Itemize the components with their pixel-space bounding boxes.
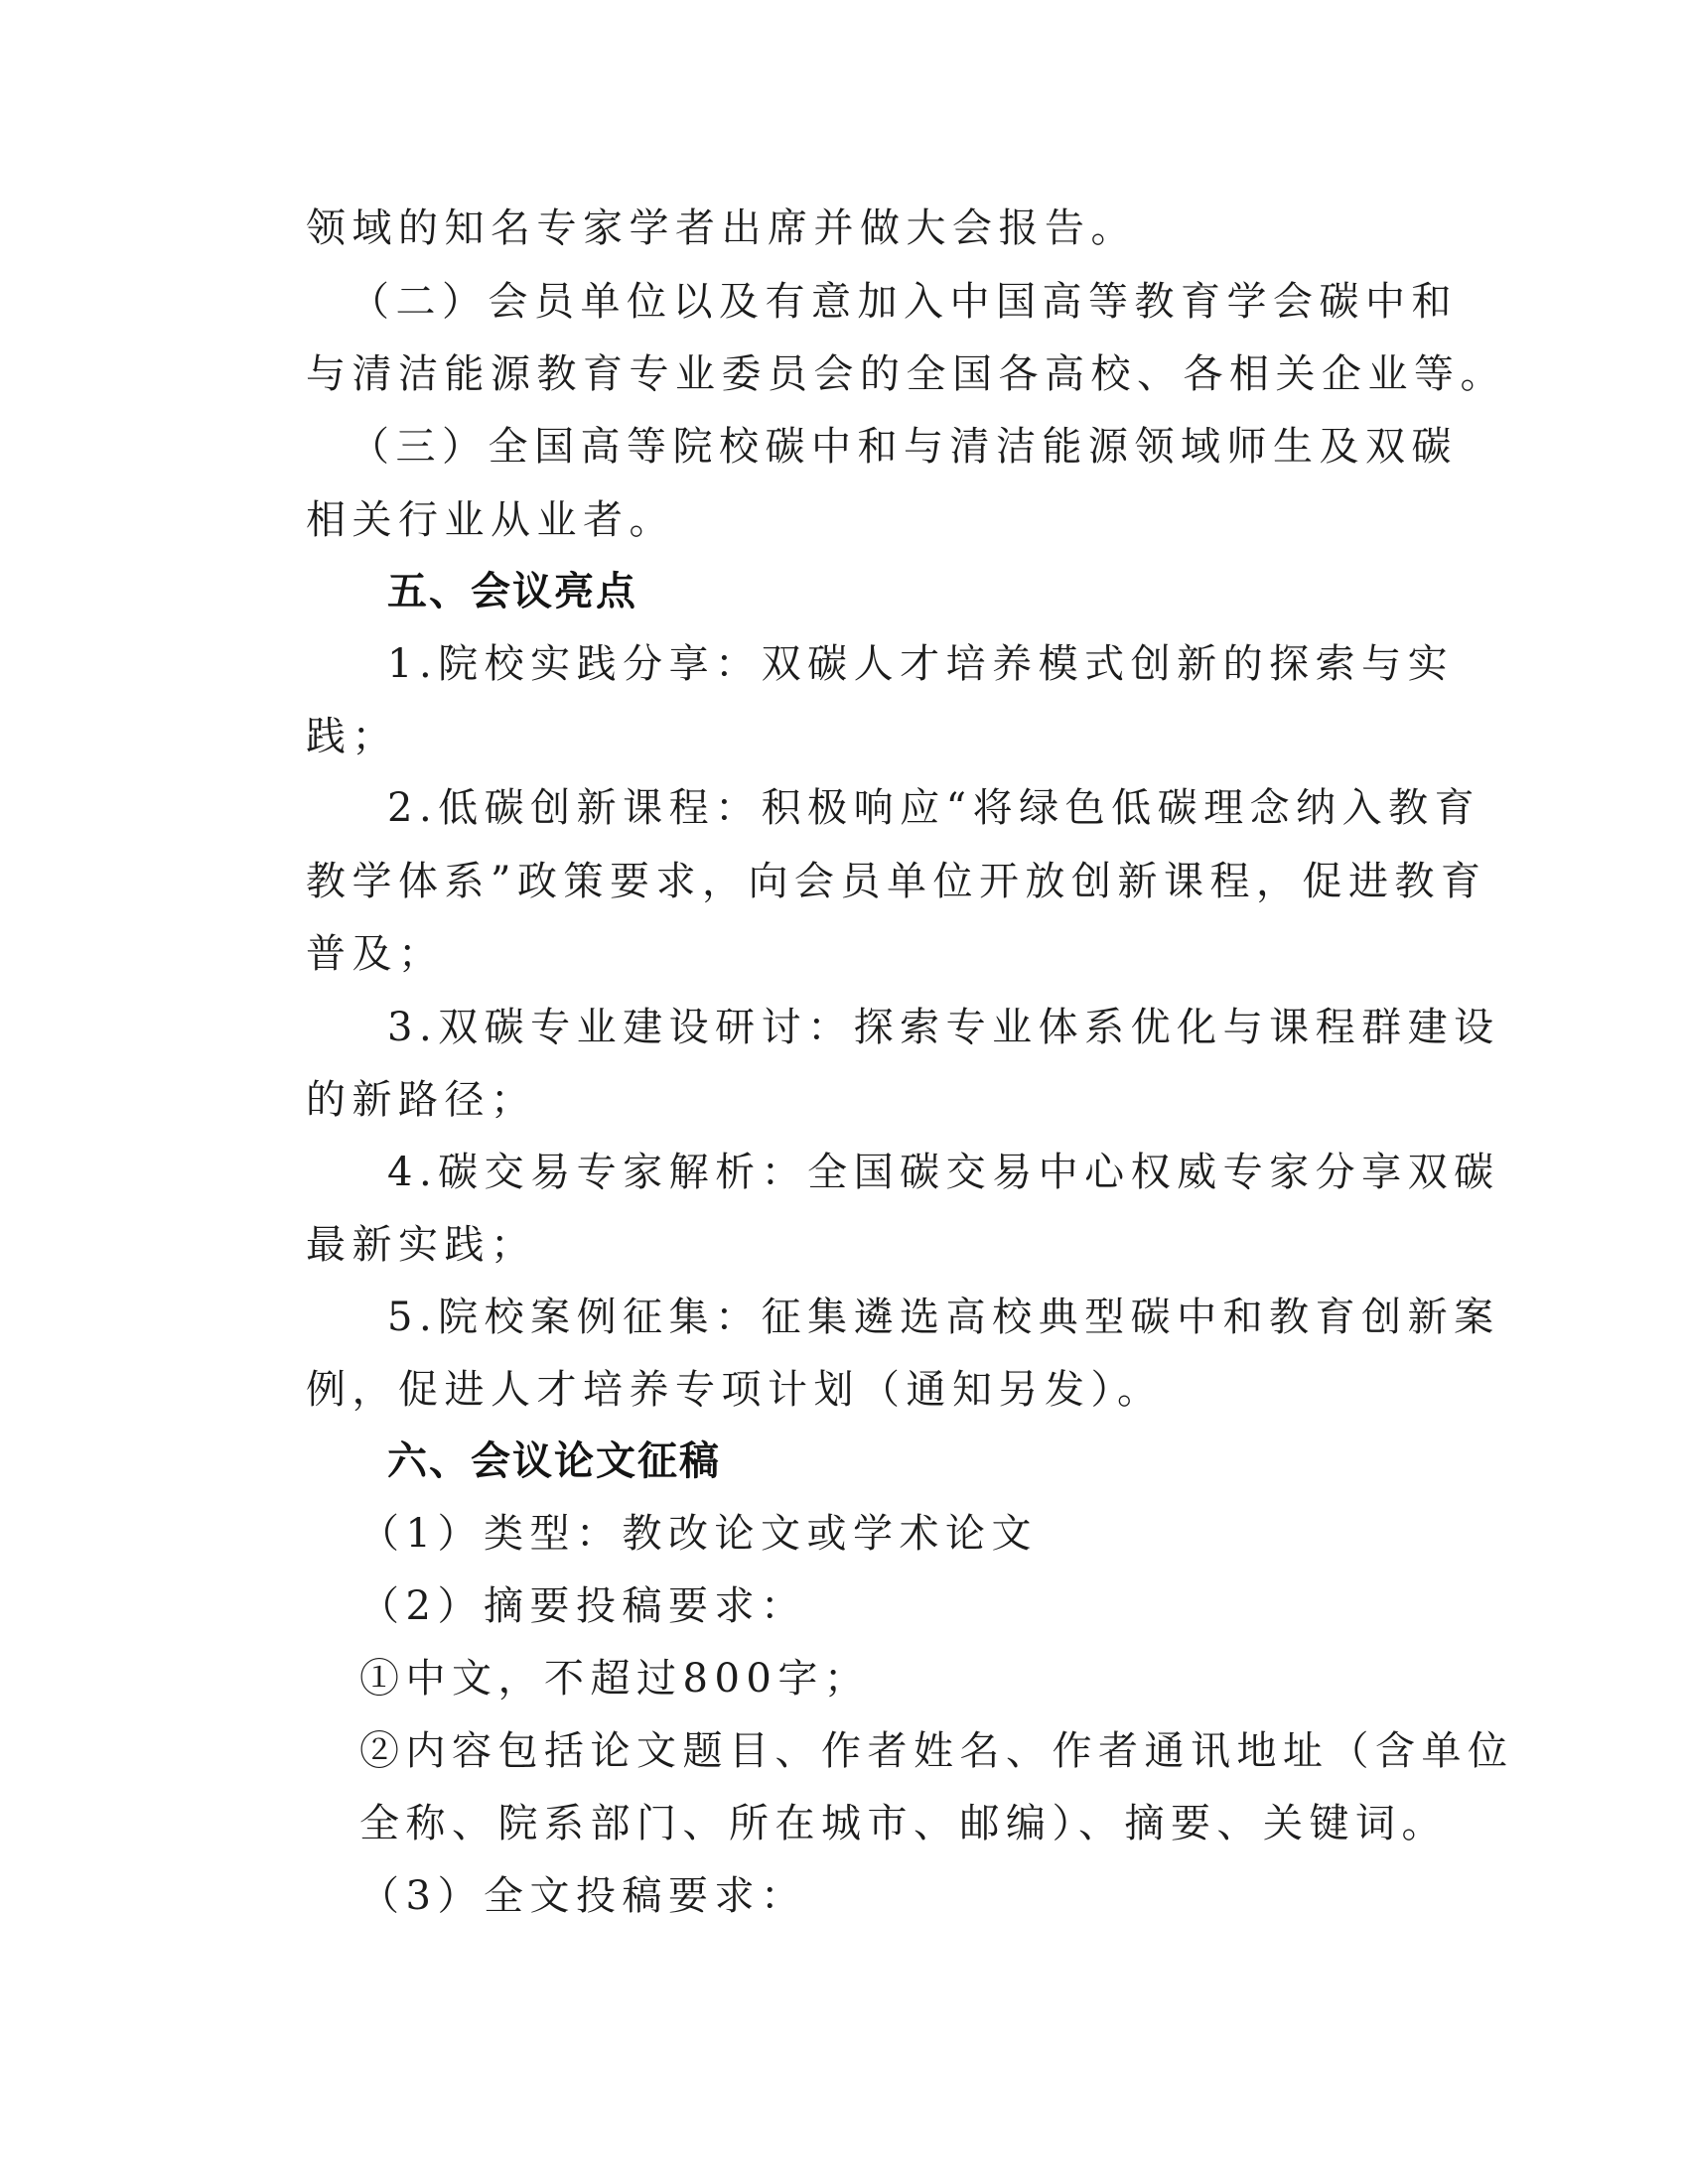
audience-item-3: （三）全国高等院校碳中和与清洁能源领域师生及双碳 (350, 423, 1458, 471)
paragraph-line: 全称、院系部门、所在城市、邮编）、摘要、关键词。 (359, 1800, 1448, 1847)
highlight-item-4: 4.碳交易专家解析：全国碳交易中心权威专家分享双碳 (387, 1149, 1500, 1196)
paragraph-line: 践； (306, 713, 398, 760)
fulltext-requirements-item: （3）全文投稿要求： (359, 1872, 806, 1920)
highlight-item-2: 2.低碳创新课程：积极响应“将绿色低碳理念纳入教育 (387, 784, 1480, 832)
paragraph-line: 例，促进人才培养专项计划（通知另发）。 (306, 1366, 1164, 1414)
abstract-requirement-1: ①中文，不超过800字； (359, 1655, 870, 1703)
paper-type-item: （1）类型：教改论文或学术论文 (359, 1510, 1038, 1558)
paragraph-line: 领域的知名专家学者出席并做大会报告。 (306, 205, 1137, 252)
abstract-requirements-item: （2）摘要投稿要求： (359, 1582, 806, 1630)
abstract-requirement-2: ②内容包括论文题目、作者姓名、作者通讯地址（含单位 (359, 1727, 1514, 1775)
highlight-item-3: 3.双碳专业建设研讨：探索专业体系优化与课程群建设 (387, 1004, 1500, 1051)
paragraph-line: 相关行业从业者。 (306, 496, 675, 544)
highlight-item-5: 5.院校案例征集：征集遴选高校典型碳中和教育创新案 (387, 1294, 1500, 1341)
section-heading-highlights: 五、会议亮点 (387, 568, 637, 615)
paragraph-line: 最新实践； (306, 1221, 537, 1269)
paragraph-line: 普及； (306, 930, 445, 978)
section-heading-call-for-papers: 六、会议论文征稿 (387, 1437, 721, 1485)
audience-item-2: （二）会员单位以及有意加入中国高等教育学会碳中和 (350, 278, 1458, 326)
paragraph-line: 与清洁能源教育专业委员会的全国各高校、各相关企业等。 (306, 350, 1506, 398)
paragraph-line: 的新路径； (306, 1076, 537, 1124)
document-page: 领域的知名专家学者出席并做大会报告。 （二）会员单位以及有意加入中国高等教育学会… (0, 0, 1688, 2184)
highlight-item-1: 1.院校实践分享：双碳人才培养模式创新的探索与实 (387, 640, 1454, 688)
paragraph-line: 教学体系”政策要求，向会员单位开放创新课程，促进教育 (306, 858, 1486, 905)
